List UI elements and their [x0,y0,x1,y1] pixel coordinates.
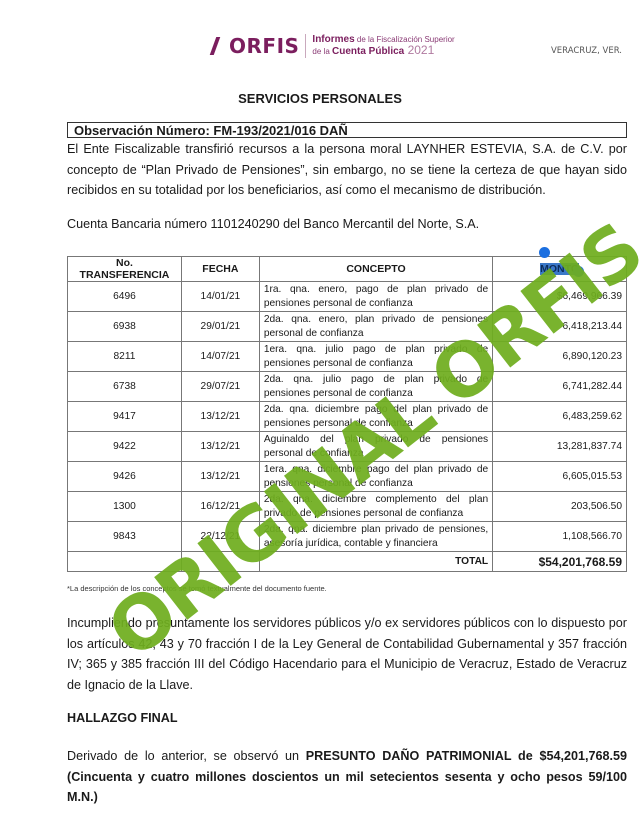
veracruz-map-icon [210,37,229,55]
final-finding-heading: HALLAZGO FINAL [67,711,178,725]
table-row: 941713/12/212da. qna. diciembre pago del… [68,402,627,432]
final-finding-intro: Derivado de lo anterior, se observó un [67,749,306,763]
orfis-logo-mark: ORFIS [213,34,299,58]
transfer-date: 14/01/21 [181,282,259,312]
transfer-date: 29/07/21 [181,372,259,402]
legal-basis-paragraph: Incumpliendo presuntamente los servidore… [67,613,627,695]
logo-line2-pre: de la [312,47,332,56]
table-row: 649614/01/211ra. qna. enero, pago de pla… [68,282,627,312]
section-title: SERVICIOS PERSONALES [0,91,640,106]
total-empty-2 [181,552,259,572]
col-header-monto[interactable]: MONTO [493,257,627,282]
bank-account-text: Cuenta Bancaria número 1101240290 del Ba… [67,217,479,231]
logo-divider [305,34,306,58]
transfer-number: 1300 [68,492,182,522]
transfer-concept: 2da. qna. julio pago de plan privado de … [259,372,492,402]
total-value: $54,201,768.59 [493,552,627,572]
transfer-number: 8211 [68,342,182,372]
table-row: 942613/12/211era. qna. diciembre pago de… [68,462,627,492]
transfer-number: 9843 [68,522,182,552]
selection-start-handle[interactable] [539,247,550,258]
selection-end-handle[interactable] [573,266,584,277]
transfer-concept: 1era. qna. julio pago de plan privado de… [259,342,492,372]
transfer-date: 16/12/21 [181,492,259,522]
transfer-date: 13/12/21 [181,402,259,432]
col-header-concepto: CONCEPTO [259,257,492,282]
transfers-table: No. TRANSFERENCIA FECHA CONCEPTO MONTO 6… [67,256,627,572]
transfer-concept: 1ra. qna. enero, pago de plan privado de… [259,282,492,312]
final-finding-paragraph: Derivado de lo anterior, se observó un P… [67,746,627,808]
transfer-number: 6496 [68,282,182,312]
total-empty-1 [68,552,182,572]
table-row: 984322/12/212da. qna. diciembre plan pri… [68,522,627,552]
transfer-concept: 2da. qna. diciembre plan privado de pens… [259,522,492,552]
transfer-amount: 6,741,282.44 [493,372,627,402]
transfer-concept: 1era. qna. diciembre pago del plan priva… [259,462,492,492]
observation-number: Observación Número: FM-193/2021/016 DAÑ [67,122,627,138]
transfer-amount: 203,506.50 [493,492,627,522]
transfer-date: 22/12/21 [181,522,259,552]
logo-line1-bold: Informes [312,34,354,45]
table-row: 693829/01/212da. qna. enero, plan privad… [68,312,627,342]
transfer-number: 9426 [68,462,182,492]
logo-year: 2021 [404,43,434,57]
transfer-amount: $6,469,966.39 [493,282,627,312]
transfer-number: 6938 [68,312,182,342]
col-header-transferencia: No. TRANSFERENCIA [68,257,182,282]
transfer-number: 9417 [68,402,182,432]
transfer-concept: 2da. qna. enero, plan privado de pension… [259,312,492,342]
logo-line2-bold: Cuenta Pública [332,46,404,57]
logo-name: ORFIS [229,34,299,58]
location-label: VERACRUZ, VER. [551,46,622,56]
table-row: 673829/07/212da. qna. julio pago de plan… [68,372,627,402]
transfer-date: 14/07/21 [181,342,259,372]
total-row: TOTAL $54,201,768.59 [68,552,627,572]
table-row: 942213/12/21Aguinaldo del plan privado d… [68,432,627,462]
table-row: 130016/12/212da. qna. diciembre compleme… [68,492,627,522]
transfer-amount: 6,418,213.44 [493,312,627,342]
transfer-concept: 2da. qna. diciembre complemento del plan… [259,492,492,522]
transfer-amount: 1,108,566.70 [493,522,627,552]
transfer-amount: 6,890,120.23 [493,342,627,372]
transfer-date: 29/01/21 [181,312,259,342]
transfer-concept: 2da. qna. diciembre pago del plan privad… [259,402,492,432]
transfer-date: 13/12/21 [181,432,259,462]
page-header: ORFIS Informes de la Fiscalización Super… [0,30,640,66]
transfer-amount: 6,483,259.62 [493,402,627,432]
orfis-logo: ORFIS Informes de la Fiscalización Super… [213,34,455,58]
observation-description: El Ente Fiscalizable transfirió recursos… [67,139,627,201]
transfer-number: 9422 [68,432,182,462]
col-header-fecha: FECHA [181,257,259,282]
total-label: TOTAL [259,552,492,572]
table-footnote: *La descripción de los conceptos se tomó… [67,584,327,593]
transfer-date: 13/12/21 [181,462,259,492]
logo-tagline: Informes de la Fiscalización Superior de… [312,35,454,57]
table-row: 821114/07/211era. qna. julio pago de pla… [68,342,627,372]
table-header-row: No. TRANSFERENCIA FECHA CONCEPTO MONTO [68,257,627,282]
transfer-concept: Aguinaldo del plan privado de pensiones … [259,432,492,462]
transfer-amount: 13,281,837.74 [493,432,627,462]
transfer-amount: 6,605,015.53 [493,462,627,492]
transfer-number: 6738 [68,372,182,402]
